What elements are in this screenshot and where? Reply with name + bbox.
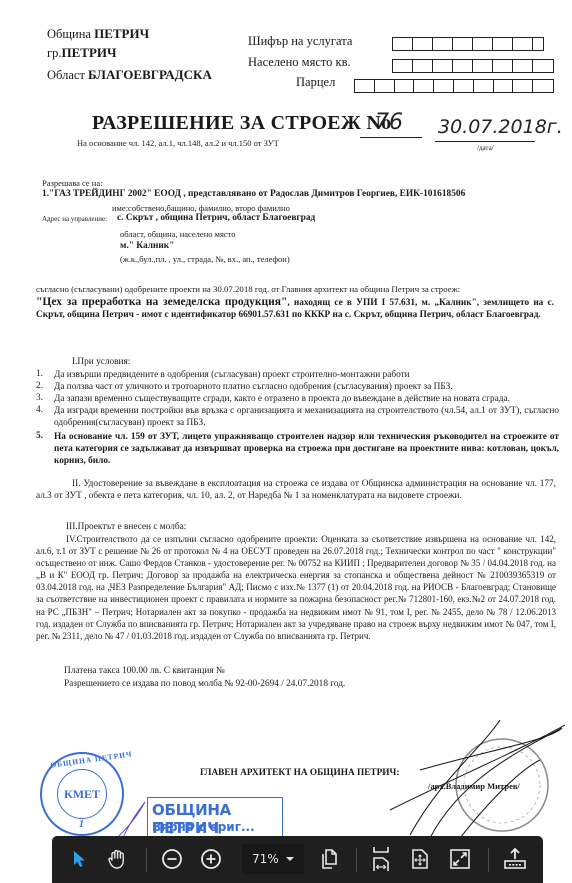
condition-number: 5. [36,431,43,441]
chevron-down-icon [286,857,294,861]
cursor-arrow-icon [72,850,86,868]
region-label: Област [47,68,85,82]
section-iv: IV.Строителството да се изпълни съгласно… [36,533,556,642]
document-page: Община ПЕТРИЧ гр.ПЕТРИЧ Област БЛАГОЕВГР… [0,0,572,883]
permit-number: 76 [375,110,403,135]
region-value: БЛАГОЕВГРАДСКА [88,67,212,82]
approval-line: съгласно (съгласувани) одобрените проект… [36,284,460,294]
project-name: "Цех за преработка на земеделска продукц… [36,296,287,308]
address-label: Адрес на управление: [42,215,107,223]
condition-item: Да запази временно съществуващите сгради… [54,393,559,405]
locality: м." Калник" [120,241,174,251]
page-title: РАЗРЕШЕНИЕ ЗА СТРОЕЖ No [92,112,391,135]
applicant-caption: име:собствено,бащино, фамилно, второ фам… [112,203,290,213]
fit-page-icon [410,848,430,870]
condition-number: 1. [36,369,43,379]
zoom-level-dropdown[interactable]: 71% [242,844,304,874]
request-line: Разрешението се издава по повод молба № … [64,679,345,689]
parcel-label: Парцел [296,75,335,90]
fullscreen-button[interactable] [445,844,475,874]
toolbar-separator [356,848,357,872]
parcel-boxes [354,79,554,93]
fit-page-button[interactable] [405,844,435,874]
condition-item: Да извърши предвидените в одобрения (съг… [54,369,554,381]
approval-text: съгласно (съгласувани) одобрените проект… [36,284,460,294]
town-label: гр. [47,46,62,60]
mayor-stamp-center: КМЕТ [64,787,100,802]
zoom-out-icon [161,848,183,870]
date-caption: /дата/ [477,144,494,152]
section-iv-text: IV.Строителството да се изпълни съгласно… [36,534,556,641]
zoom-level-value: 71% [252,852,279,866]
service-code-boxes [392,37,544,51]
address-value: с. Скрът , община Петрич, област Благоев… [117,213,315,223]
mayor-stamp-number: 1 [79,819,84,830]
project-description: "Цех за преработка на земеделска продукц… [36,296,554,321]
section-iii: III.Проектът е внесен с молба: [66,522,186,532]
section-ii: II. Удостоверение за въвеждане в експлоа… [36,478,556,502]
select-tool-button[interactable] [64,844,94,874]
address-caption: област, община, населено място [120,229,236,239]
permit-date-underline [435,141,535,142]
signature-and-seal [370,720,570,840]
page-view-button[interactable] [314,844,344,874]
toolbar-separator [146,848,147,872]
hand-icon [106,848,128,870]
toolbar-separator [488,848,489,872]
service-code-label: Шифър на услугата [248,34,352,49]
export-button[interactable] [500,844,530,874]
granted-to-label: Разрешава се на: [42,178,102,188]
municipality-line: Община ПЕТРИЧ [47,26,149,42]
region-line: Област БЛАГОЕВГРАДСКА [47,67,212,83]
viewer-toolbar: 71% [52,836,543,883]
permit-number-underline [360,137,422,138]
certified-stamp-line2: Вярно с ориг... [152,820,255,834]
condition-number: 4. [36,405,43,415]
fee-line: Платена такса 100.00 лв. С квитанция № [64,666,225,676]
hand-tool-button[interactable] [102,844,132,874]
municipality-value: ПЕТРИЧ [94,26,149,41]
fit-width-icon [370,846,392,872]
settlement-boxes [392,59,554,73]
conditions-heading: I.При условия: [72,357,130,367]
municipality-label: Община [47,27,91,41]
condition-number: 3. [36,393,43,403]
settlement-label: Населено място кв. [248,55,351,70]
town-value: ПЕТРИЧ [62,45,117,60]
blue-signature [115,800,150,840]
legal-basis: На основание чл. 142, ал.1, чл.148, ал.2… [77,138,279,148]
permit-date: 30.07.2018г. [438,116,563,138]
zoom-in-button[interactable] [196,844,226,874]
zoom-out-button[interactable] [157,844,187,874]
pages-icon [319,848,339,870]
condition-item: Да ползва част от уличното и тротоарното… [54,381,554,393]
locality-caption: (ж.к.,бул.,пл. , ул., страда, №, вх., ап… [120,254,290,264]
condition-number: 2. [36,381,43,391]
fit-width-button[interactable] [366,844,396,874]
zoom-in-icon [200,848,222,870]
condition-item: На основание чл. 159 от ЗУТ, лицето упра… [54,431,559,467]
upload-icon [503,847,527,871]
condition-item: Да изгради временни постройки във връзка… [54,405,559,429]
fullscreen-icon [449,848,471,870]
applicant: 1."ГАЗ ТРЕЙДИНГ 2002" ЕООД , представляв… [42,189,465,199]
town-line: гр.ПЕТРИЧ [47,45,117,61]
